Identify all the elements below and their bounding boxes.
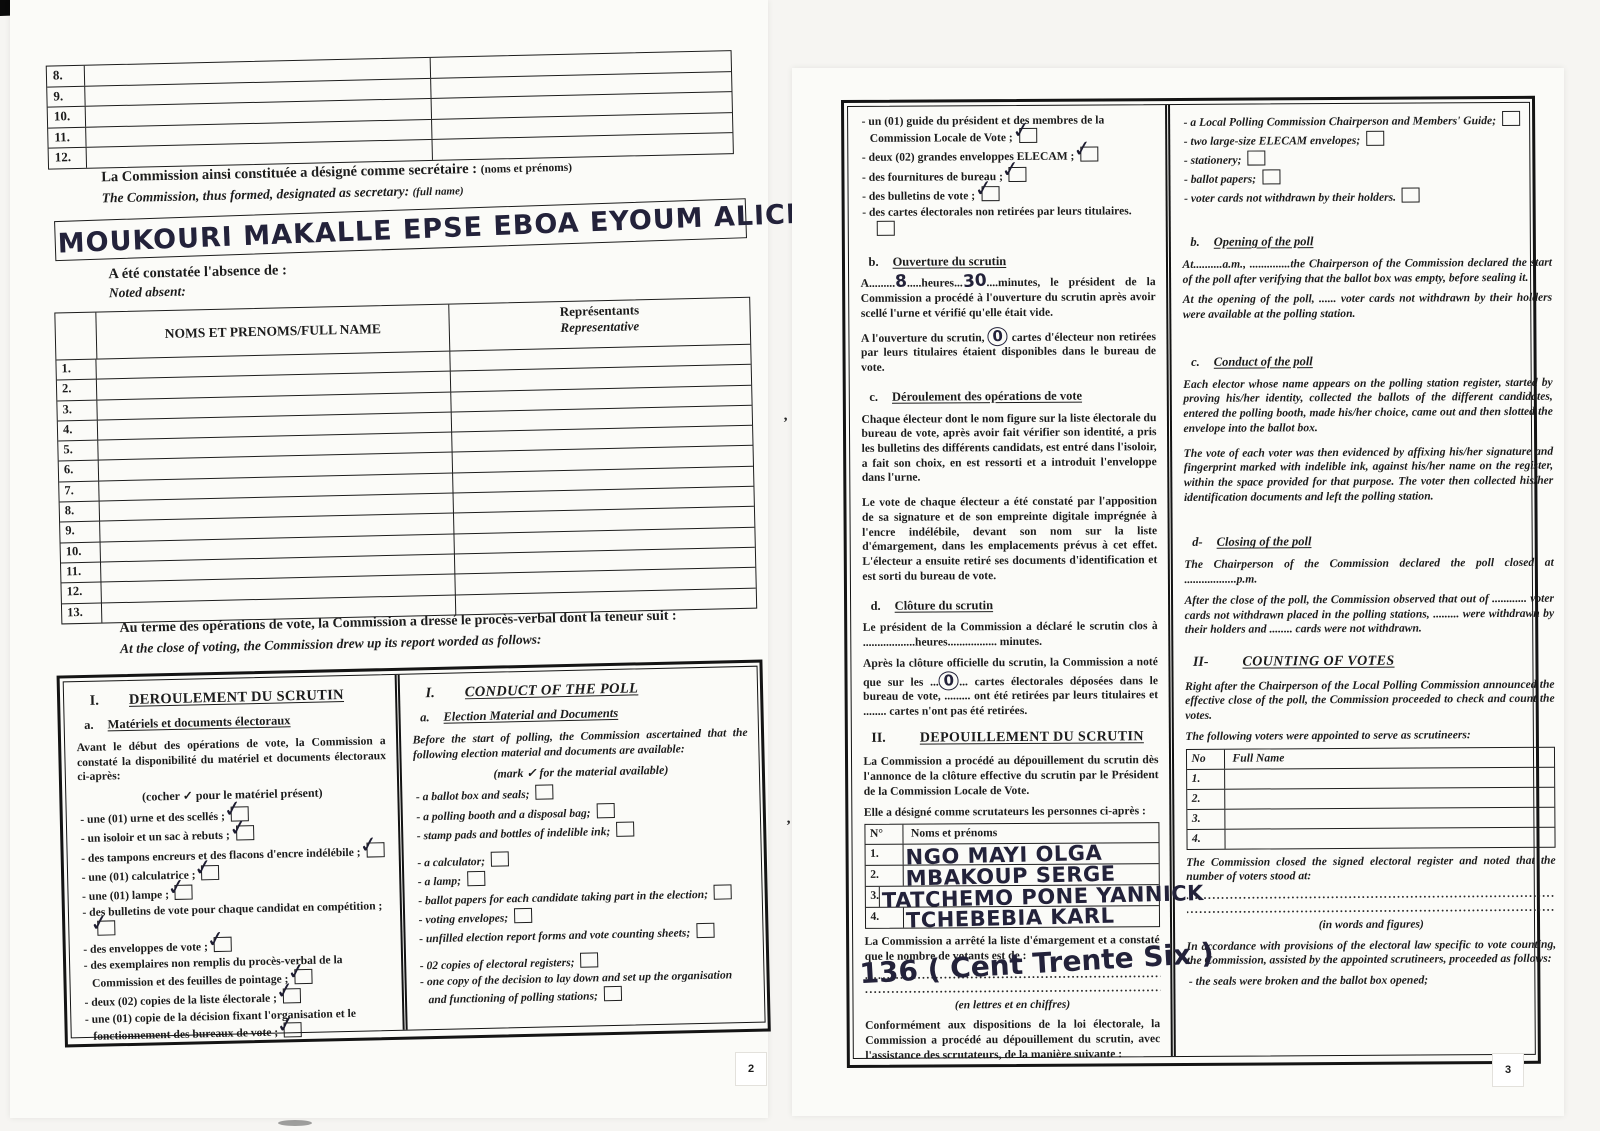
row-number: 9.: [47, 86, 85, 106]
scrutineer-name-cell: TCHEBEBIA KARL: [903, 906, 1158, 928]
table-row: 2.: [1187, 787, 1555, 809]
header-number: N°: [865, 825, 903, 844]
row-number: 2.: [865, 866, 903, 886]
checklist-item-label: - une (01) urne et des scellés ;: [80, 810, 225, 826]
checklist-item: - des cartes électorales non retirées pa…: [860, 204, 1155, 238]
column-english: I. CONDUCT OF THE POLL a. Election Mater…: [399, 666, 764, 1030]
checkbox: ✓: [175, 885, 193, 900]
right-page: - un (01) guide du président et des memb…: [792, 68, 1564, 1116]
row-number: 7.: [59, 481, 99, 501]
table-row: 4. TCHEBEBIA KARL: [865, 906, 1158, 928]
row-number: 13.: [62, 603, 102, 623]
checklist-item: - des bulletins de vote ;✓: [860, 185, 1155, 205]
handwritten-hour: 8: [895, 282, 907, 283]
checklist-item-label: - des enveloppes de vote ;: [83, 940, 208, 956]
section-2-heading-fr: II. DEPOUILLEMENT DU SCRUTIN: [871, 728, 1158, 748]
checklist-item-label: - a calculator;: [417, 855, 485, 870]
closing-paragraph-2-fr: Après la clôture officielle du scrutin, …: [863, 655, 1158, 720]
header-number-cell: [55, 313, 97, 360]
subsection-title: Election Material and Documents: [443, 706, 618, 726]
scrutineers-table-en: No Full Name 1. 2.: [1185, 746, 1555, 849]
opening-paragraph-fr: A.........8.....heures...30....minutes, …: [861, 276, 1156, 322]
count-caption-en: (in words and figures): [1186, 917, 1556, 934]
materials-intro-fr: Avant le début des opérations de vote, l…: [77, 734, 387, 785]
row-number: 3.: [57, 400, 97, 420]
subsection-a-heading-en: a. Election Material and Documents: [420, 703, 747, 726]
scrutineer-name-cell: [1225, 827, 1555, 848]
row-number: 1.: [865, 845, 903, 865]
section-title: COUNTING OF VOTES: [1242, 653, 1394, 672]
column-french: I. DEROULEMENT DU SCRUTIN a. Matériels e…: [63, 674, 407, 1037]
secretary-paren-fr: (noms et prénoms): [481, 162, 573, 176]
subsection-letter: a.: [420, 710, 430, 726]
checkbox: [616, 821, 634, 836]
opening-paragraph-en: At..........a.m., ..............the Chai…: [1182, 256, 1552, 288]
checklist-item-label: - des bulletins de vote ;: [862, 189, 975, 203]
text-segment: A.........: [861, 277, 896, 290]
secretary-line-en: The Commission, thus formed, designated …: [102, 183, 413, 205]
section-number: I.: [89, 691, 99, 710]
checkbox: [514, 908, 532, 923]
secretary-name-field: MOUKOURI MAKALLE EPSE EBOA EYOUM ALICE: [54, 198, 747, 261]
count-caption-fr: (en lettres et en chiffres): [865, 997, 1160, 1013]
scrutineer-name-handwritten: TCHEBEBIA KARL: [905, 903, 1114, 935]
scrutineer-name-cell: [1225, 767, 1555, 788]
checkbox: [535, 785, 553, 800]
counting-paragraph-2-fr: Elle a désigné comme scrutateurs les per…: [864, 804, 1159, 821]
page-number: 2: [735, 1052, 767, 1086]
subsection-b-heading-fr: b. Ouverture du scrutin: [868, 253, 1155, 271]
checklist-item: - voter cards not withdrawn by their hol…: [1182, 187, 1552, 207]
checkbox: [714, 884, 732, 899]
left-page: 8. 9. 10. 11. 12.: [10, 0, 768, 1118]
row-number: 12.: [61, 583, 101, 603]
checklist-item-label: - stationery;: [1184, 154, 1242, 167]
row-number: 2.: [1187, 789, 1225, 808]
text-segment: .....heures...: [907, 277, 963, 290]
checklist-item-label: - un (01) guide du président et des memb…: [862, 113, 1105, 145]
table-row: 4.: [1187, 827, 1555, 848]
closing-paragraph-2-en: After the close of the poll, the Commiss…: [1185, 591, 1555, 637]
column-french: - un (01) guide du président et des memb…: [848, 105, 1176, 1059]
conduct-paragraph-2-en: The vote of each voter was then evidence…: [1184, 444, 1554, 505]
column-english: - a Local Polling Commission Chairperson…: [1170, 102, 1567, 1056]
closing-paragraph-1-en: The Chairperson of the Commission declar…: [1184, 556, 1554, 588]
checklist-item-label: - deux (02) copies de la liste électoral…: [84, 992, 277, 1009]
scan-artifact-mark: ’: [786, 818, 791, 835]
materials-intro-en: Before the start of polling, the Commiss…: [412, 726, 748, 763]
subsection-title: Matériels et documents électoraux: [107, 713, 290, 733]
checkbox: ✓: [1019, 128, 1037, 143]
checkbox: ✓: [214, 937, 232, 952]
subsection-title: Clôture du scrutin: [895, 598, 993, 614]
checklist-item-label: - 02 copies of electoral registers;: [420, 956, 575, 973]
checkbox: ✓: [981, 186, 999, 201]
subsection-title: Ouverture du scrutin: [893, 254, 1007, 271]
subsection-letter: c.: [1191, 355, 1200, 371]
row-number: 8.: [47, 66, 85, 86]
checklist-item-label: - a Local Polling Commission Chairperson…: [1184, 114, 1496, 129]
final-paragraph-en: In accordance with provisions of the ele…: [1187, 937, 1557, 969]
secretary-name-handwritten: MOUKOURI MAKALLE EPSE EBOA EYOUM ALICE: [55, 198, 806, 259]
scrutineer-name-cell: [1225, 807, 1555, 828]
checkbox: [1366, 130, 1384, 145]
row-number: 6.: [59, 461, 99, 481]
closing-paragraph-1-fr: Le président de la Commission a déclaré …: [863, 619, 1158, 650]
row-number: 2.: [57, 380, 97, 400]
conduct-paragraph-2-fr: Le vote de chaque électeur a été constat…: [862, 494, 1158, 584]
checkbox: ✓: [1080, 147, 1098, 162]
table-row: 3.: [1187, 807, 1555, 829]
checkbox: [604, 986, 622, 1001]
voter-count-field-fr: 136 ( Cent Trente Six ) ................…: [865, 967, 1160, 997]
subsection-d-heading-en: d- Closing of the poll: [1192, 533, 1554, 551]
row-number: 3.: [865, 887, 880, 907]
subsection-b-heading-en: b. Opening of the poll: [1190, 233, 1552, 251]
subsection-title: Conduct of the poll: [1214, 354, 1313, 370]
section-number: II-: [1193, 654, 1209, 672]
final-list-item: - the seals were broken and the ballot b…: [1187, 973, 1557, 990]
checklist-item-label: - voter cards not withdrawn by their hol…: [1184, 191, 1396, 205]
section-1-heading-en: I. CONDUCT OF THE POLL: [425, 676, 746, 702]
checkbox: ✓: [366, 842, 384, 857]
scan-artifact-mark: ’: [783, 415, 788, 432]
subsection-c-heading-en: c. Conduct of the poll: [1191, 353, 1553, 371]
checklist-item: - stationery;: [1182, 149, 1552, 169]
checkbox: ✓: [283, 988, 301, 1003]
checkbox: [491, 851, 509, 866]
subsection-title: Opening of the poll: [1214, 234, 1314, 250]
section-number: II.: [871, 729, 886, 747]
handwritten-zero: 0: [938, 670, 959, 690]
checklist-item-label: - un isoloir et un sac à rebuts ;: [81, 829, 230, 845]
subsection-d-heading-fr: d. Clôture du scrutin: [871, 597, 1158, 615]
handwritten-zero: 0: [987, 326, 1008, 346]
checkbox: [1247, 150, 1265, 165]
checklist-item-label: - stamp pads and bottles of indelible in…: [417, 825, 611, 842]
subsection-letter: b.: [868, 254, 878, 270]
subsection-c-heading-fr: c. Déroulement des opérations de vote: [869, 388, 1156, 406]
subsection-a-heading-fr: a. Matériels et documents électoraux: [84, 711, 385, 734]
row-number: 10.: [48, 107, 86, 127]
row-number: 4.: [58, 420, 98, 440]
voter-count-paragraph-en: The Commission closed the signed elector…: [1186, 853, 1556, 885]
row-number: 10.: [61, 542, 101, 562]
checklist-item-label: - deux (02) grandes enveloppes ELECAM ;: [862, 150, 1075, 164]
conduct-paragraph-1-fr: Chaque électeur dont le nom figure sur l…: [861, 411, 1156, 486]
checklist-item-label: - des cartes électorales non retirées pa…: [862, 204, 1132, 219]
table-header: No Full Name: [1186, 747, 1554, 769]
checkbox: [467, 871, 485, 886]
absent-heading-en: Noted absent:: [109, 281, 288, 304]
subsection-letter: d-: [1192, 535, 1203, 551]
header-number: No: [1186, 749, 1224, 768]
subsection-letter: b.: [1190, 235, 1199, 251]
checkbox: [580, 953, 598, 968]
checklist-item-label: - one copy of the decision to lay down a…: [420, 969, 732, 1007]
conduct-paragraph-1-en: Each elector whose name appears on the p…: [1183, 375, 1553, 436]
checkbox: ✓: [1009, 167, 1027, 182]
row-number: 9.: [60, 522, 100, 542]
checklist-item: - two large-size ELECAM envelopes;: [1182, 129, 1552, 149]
subsection-title: Déroulement des opérations de vote: [892, 388, 1082, 405]
section-title: DEROULEMENT DU SCRUTIN: [129, 686, 344, 709]
subsection-letter: a.: [84, 718, 94, 734]
subsection-title: Closing of the poll: [1217, 535, 1312, 551]
subsection-letter: d.: [871, 598, 881, 614]
row-number: 8.: [60, 502, 100, 522]
page-number: 3: [1492, 1053, 1524, 1087]
checkbox: ✓: [97, 920, 115, 935]
table-row: 1.: [1187, 767, 1555, 789]
final-paragraph-fr: Conformément aux dispositions de la loi …: [865, 1017, 1160, 1063]
handwritten-minute: 30: [963, 281, 987, 283]
row-number: 1.: [1187, 769, 1225, 788]
text-segment: A l'ouverture du scrutin,: [861, 331, 988, 345]
opening-cards-paragraph-fr: A l'ouverture du scrutin, 0 cartes d'éle…: [861, 326, 1156, 376]
checkbox: [1502, 110, 1520, 125]
checklist-item: - des exemplaires non remplis du procès-…: [82, 952, 392, 991]
checkbox: [876, 221, 894, 236]
checklist-item-label: - unfilled election report forms and vot…: [419, 927, 690, 946]
checklist-item-label: - a polling booth and a disposal bag;: [416, 806, 591, 823]
row-number: 11.: [48, 127, 86, 147]
checklist-item-label: - a ballot box and seals;: [416, 788, 530, 804]
header-name: Full Name: [1224, 747, 1554, 768]
checklist-item-label: - une (01) lampe ;: [82, 888, 169, 903]
scrutineers-table-fr: N° Noms et prénoms 1. NGO MAYI OLGA: [864, 822, 1160, 929]
checkbox: [1402, 188, 1420, 203]
checklist-item-label: - a lamp;: [418, 874, 461, 888]
absent-table: NOMS ET PRENOMS/FULL NAME Représentants …: [54, 297, 757, 625]
checklist-item: - des bulletins de vote pour chaque cand…: [80, 899, 390, 938]
scan-artifact-smudge: [278, 1120, 312, 1126]
scrutineer-name-cell: [1225, 787, 1555, 808]
checkbox: ✓: [294, 969, 312, 984]
checkbox: [596, 803, 614, 818]
checkbox: ✓: [236, 826, 254, 841]
row-number: 12.: [49, 148, 87, 168]
commission-members-table: 8. 9. 10. 11. 12.: [46, 50, 734, 169]
section-2-heading-en: II- COUNTING OF VOTES: [1193, 652, 1555, 672]
row-number: 3.: [1187, 809, 1225, 828]
subsection-letter: c.: [869, 390, 878, 406]
header-name-cell: NOMS ET PRENOMS/FULL NAME: [96, 305, 450, 359]
checklist-item-label: - two large-size ELECAM envelopes;: [1184, 134, 1361, 148]
checkbox: ✓: [201, 865, 219, 880]
checklist-item-label: - voting envelopes;: [419, 912, 509, 927]
section-title: CONDUCT OF THE POLL: [465, 679, 639, 701]
section-1-heading-fr: I. DEROULEMENT DU SCRUTIN: [89, 685, 384, 710]
row-number: 5.: [58, 441, 98, 461]
counting-paragraph-1-fr: La Commission a procédé au dépouillement…: [863, 754, 1158, 800]
section-number: I.: [425, 683, 435, 702]
row-number: 11.: [61, 563, 101, 583]
checklist-item: - ballot papers;: [1182, 168, 1552, 188]
dotted-line: ........................................…: [1186, 901, 1556, 917]
checklist-item: - un (01) guide du président et des memb…: [860, 113, 1155, 147]
checklist-item-label: - une (01) copie de la décision fixant l…: [85, 1006, 356, 1043]
header-representative-cell: Représentants Representative: [449, 298, 750, 351]
row-number: 1.: [56, 360, 96, 380]
counting-paragraph-2-en: The following voters were appointed to s…: [1185, 728, 1555, 745]
checklist-item: - des fournitures de bureau ;✓: [860, 166, 1155, 186]
row-number: 4.: [1187, 829, 1225, 848]
checklist-item: - une (01) copie de la décision fixant l…: [83, 1006, 393, 1045]
checklist-item: - a Local Polling Commission Chairperson…: [1182, 110, 1552, 130]
absent-heading: A été constatée l'absence de : Noted abs…: [108, 260, 287, 303]
counting-paragraph-1-en: Right after the Chairperson of the Local…: [1185, 677, 1555, 723]
checkbox: ✓: [284, 1022, 302, 1037]
opening-cards-paragraph-en: At the opening of the poll, ...... voter…: [1183, 291, 1553, 323]
checklist-item: - one copy of the decision to lay down a…: [418, 968, 754, 1008]
checkbox: [1262, 170, 1280, 185]
checkbox: [696, 923, 714, 938]
checklist-item-label: - ballot papers;: [1184, 173, 1256, 186]
section-title: DEPOUILLEMENT DU SCRUTIN: [920, 728, 1144, 747]
poll-report-box: - un (01) guide du président et des memb…: [841, 96, 1541, 1068]
conduct-of-poll-box: I. DEROULEMENT DU SCRUTIN a. Matériels e…: [57, 660, 771, 1048]
secretary-paren-en: (full name): [412, 185, 463, 198]
